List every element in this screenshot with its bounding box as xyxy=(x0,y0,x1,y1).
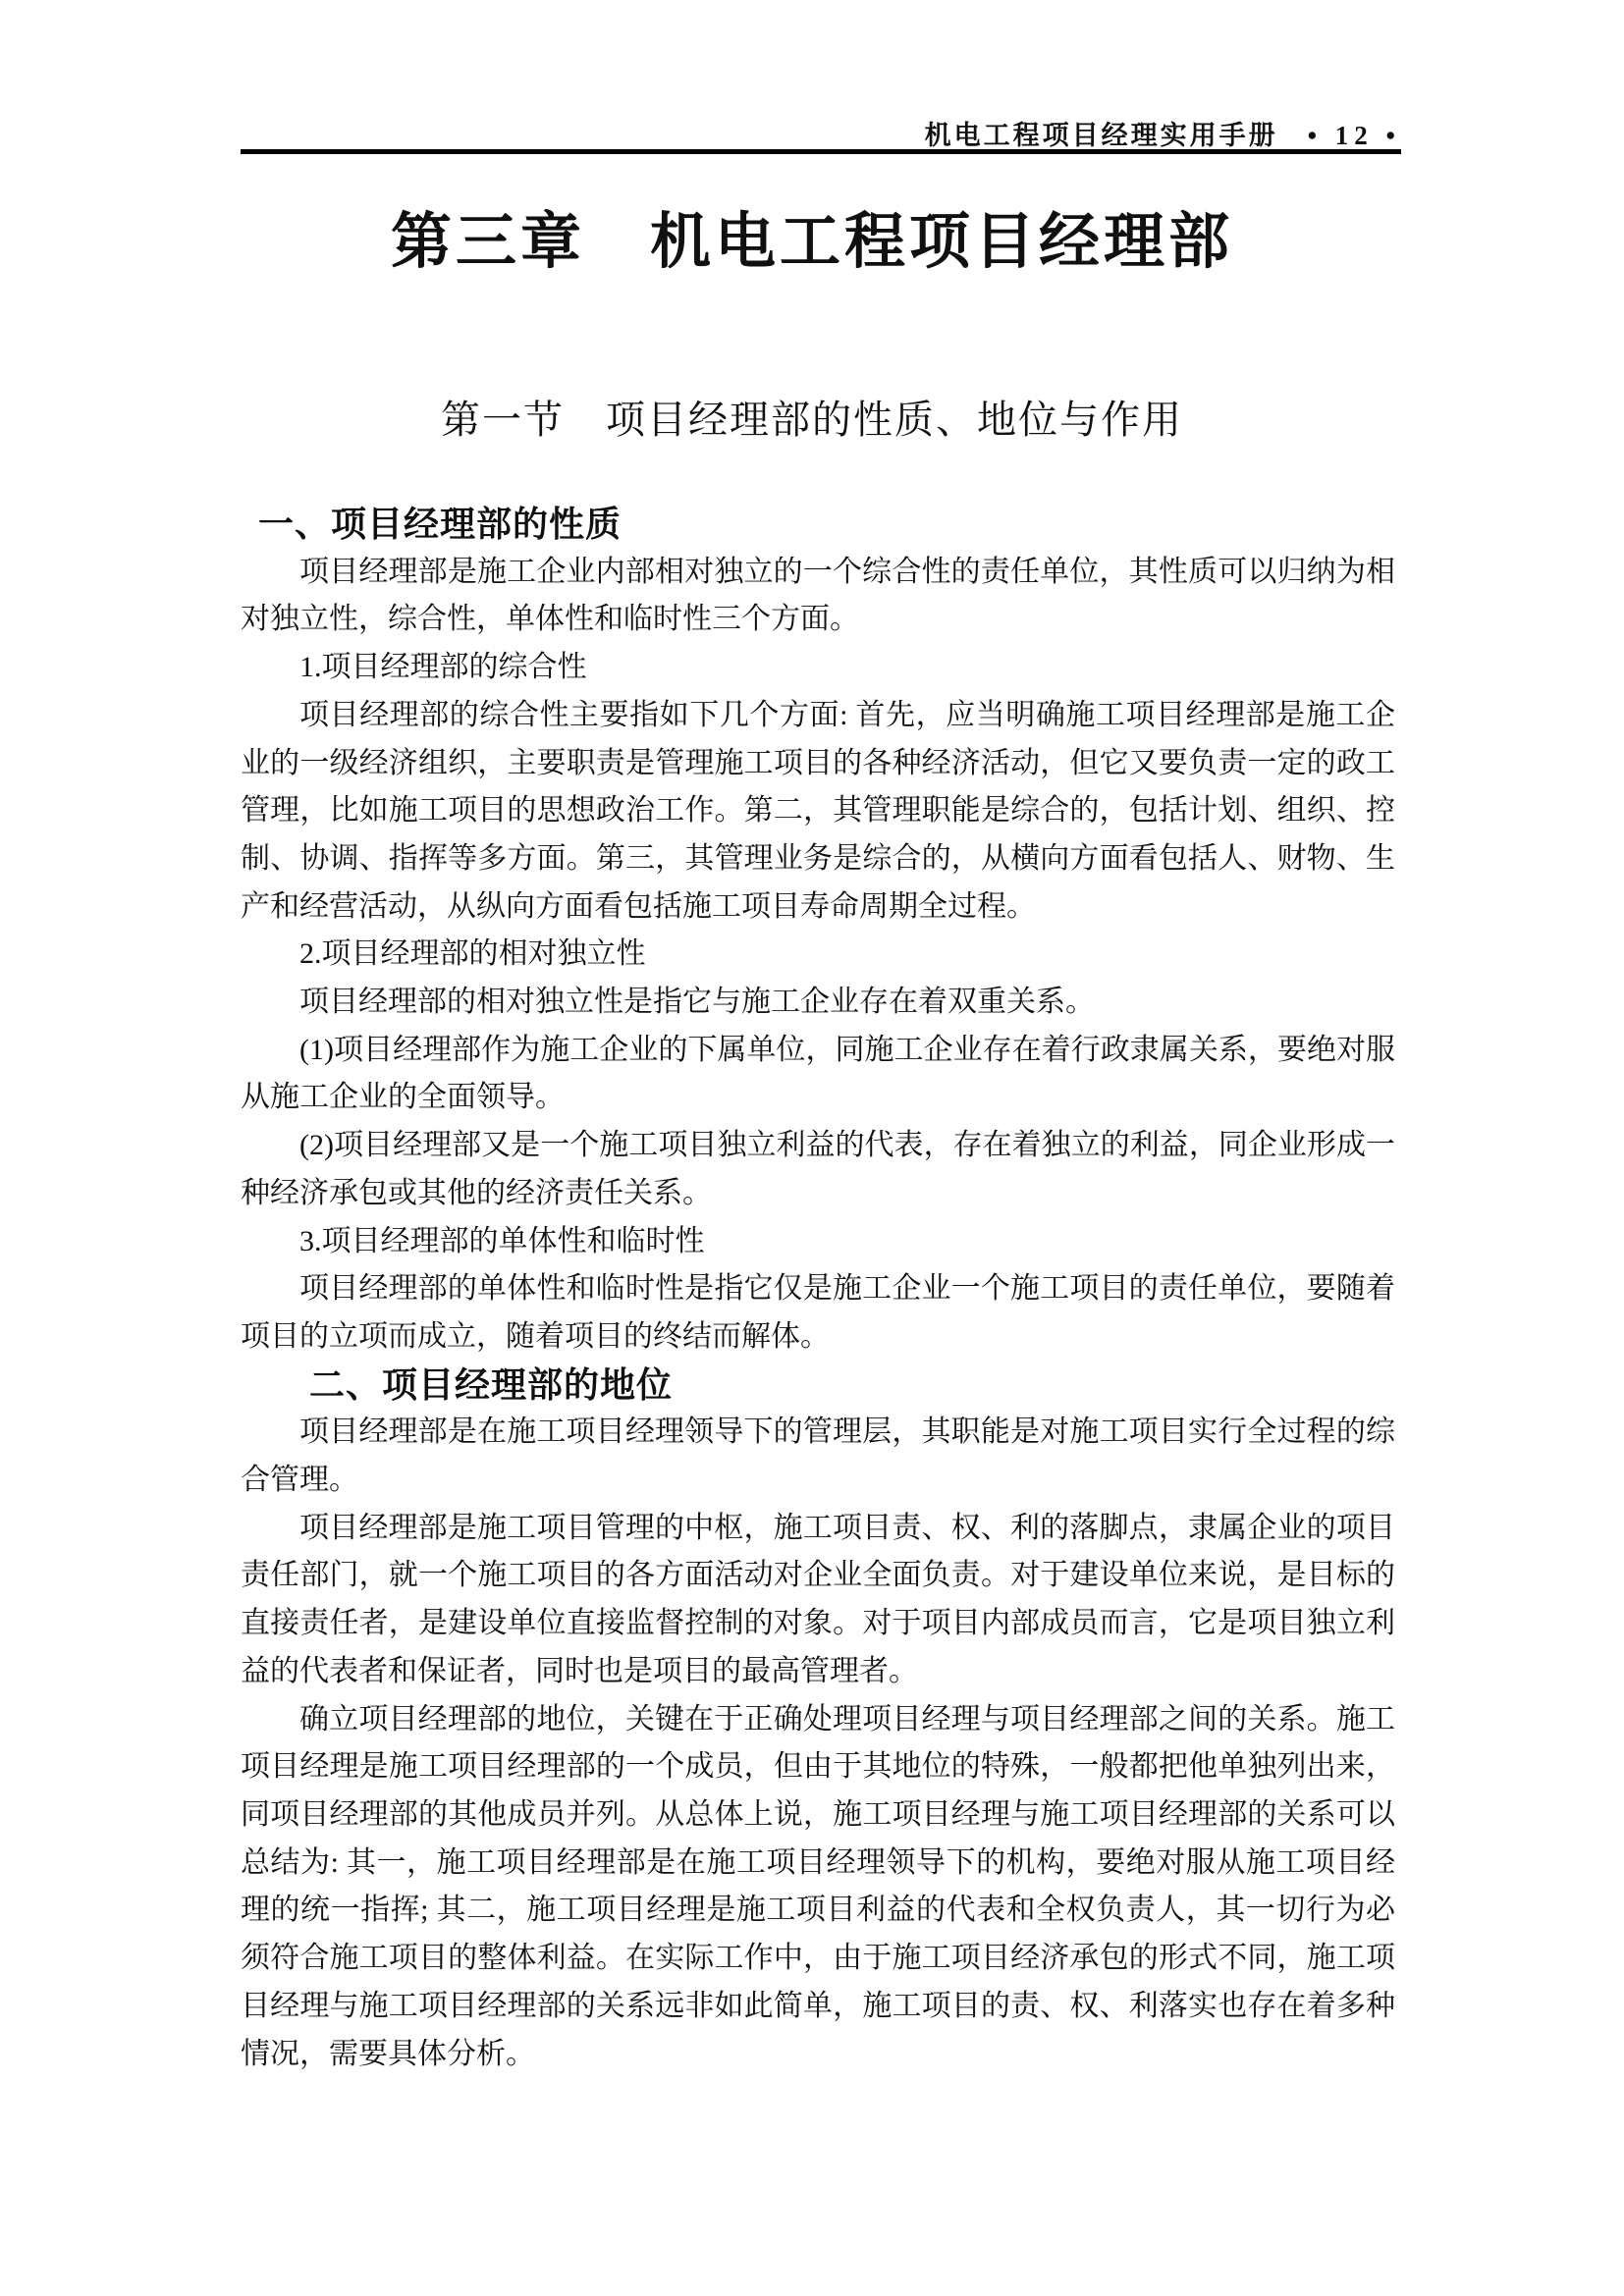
body-paragraph: 项目经理部是施工企业内部相对独立的一个综合性的责任单位，其性质可以归纳为相对独立… xyxy=(241,549,1395,644)
section-title: 第一节 项目经理部的性质、地位与作用 xyxy=(0,389,1624,445)
running-header: 机电工程项目经理实用手册• 12 • xyxy=(241,114,1401,152)
body-paragraph: 确立项目经理部的地位，关键在于正确处理项目经理与项目经理部之间的关系。施工项目经… xyxy=(241,1696,1395,2079)
body-paragraph: 项目经理部的相对独立性是指它与施工企业存在着双重关系。 xyxy=(241,979,1395,1027)
body-paragraph: 项目经理部是施工项目管理的中枢，施工项目责、权、利的落脚点，隶属企业的项目责任部… xyxy=(241,1505,1395,1696)
body-heading: 二、项目经理部的地位 xyxy=(309,1362,1395,1410)
running-header-title: 机电工程项目经理实用手册 xyxy=(925,121,1278,150)
page-number: • 12 • xyxy=(1308,121,1401,150)
body-subheading: 1.项目经理部的综合性 xyxy=(241,644,1395,692)
body-subheading: 3.项目经理部的单体性和临时性 xyxy=(241,1218,1395,1266)
chapter-title: 第三章 机电工程项目经理部 xyxy=(0,192,1624,280)
body-paragraph: (2)项目经理部又是一个施工项目独立利益的代表，存在着独立的利益，同企业形成一种… xyxy=(241,1122,1395,1217)
body-subheading: 2.项目经理部的相对独立性 xyxy=(241,931,1395,979)
header-rule xyxy=(241,149,1401,154)
body-paragraph: 项目经理部是在施工项目经理领导下的管理层，其职能是对施工项目实行全过程的综合管理… xyxy=(241,1409,1395,1504)
body-paragraph: 项目经理部的单体性和临时性是指它仅是施工企业一个施工项目的责任单位，要随着项目的… xyxy=(241,1265,1395,1361)
body-paragraph: 项目经理部的综合性主要指如下几个方面: 首先，应当明确施工项目经理部是施工企业的… xyxy=(241,692,1395,932)
body-heading: 一、项目经理部的性质 xyxy=(258,501,1395,549)
body-content: 一、项目经理部的性质项目经理部是施工企业内部相对独立的一个综合性的责任单位，其性… xyxy=(241,501,1395,2078)
body-paragraph: (1)项目经理部作为施工企业的下属单位，同施工企业存在着行政隶属关系，要绝对服从… xyxy=(241,1027,1395,1122)
document-page: 机电工程项目经理实用手册• 12 • 第三章 机电工程项目经理部 第一节 项目经… xyxy=(0,0,1624,2296)
